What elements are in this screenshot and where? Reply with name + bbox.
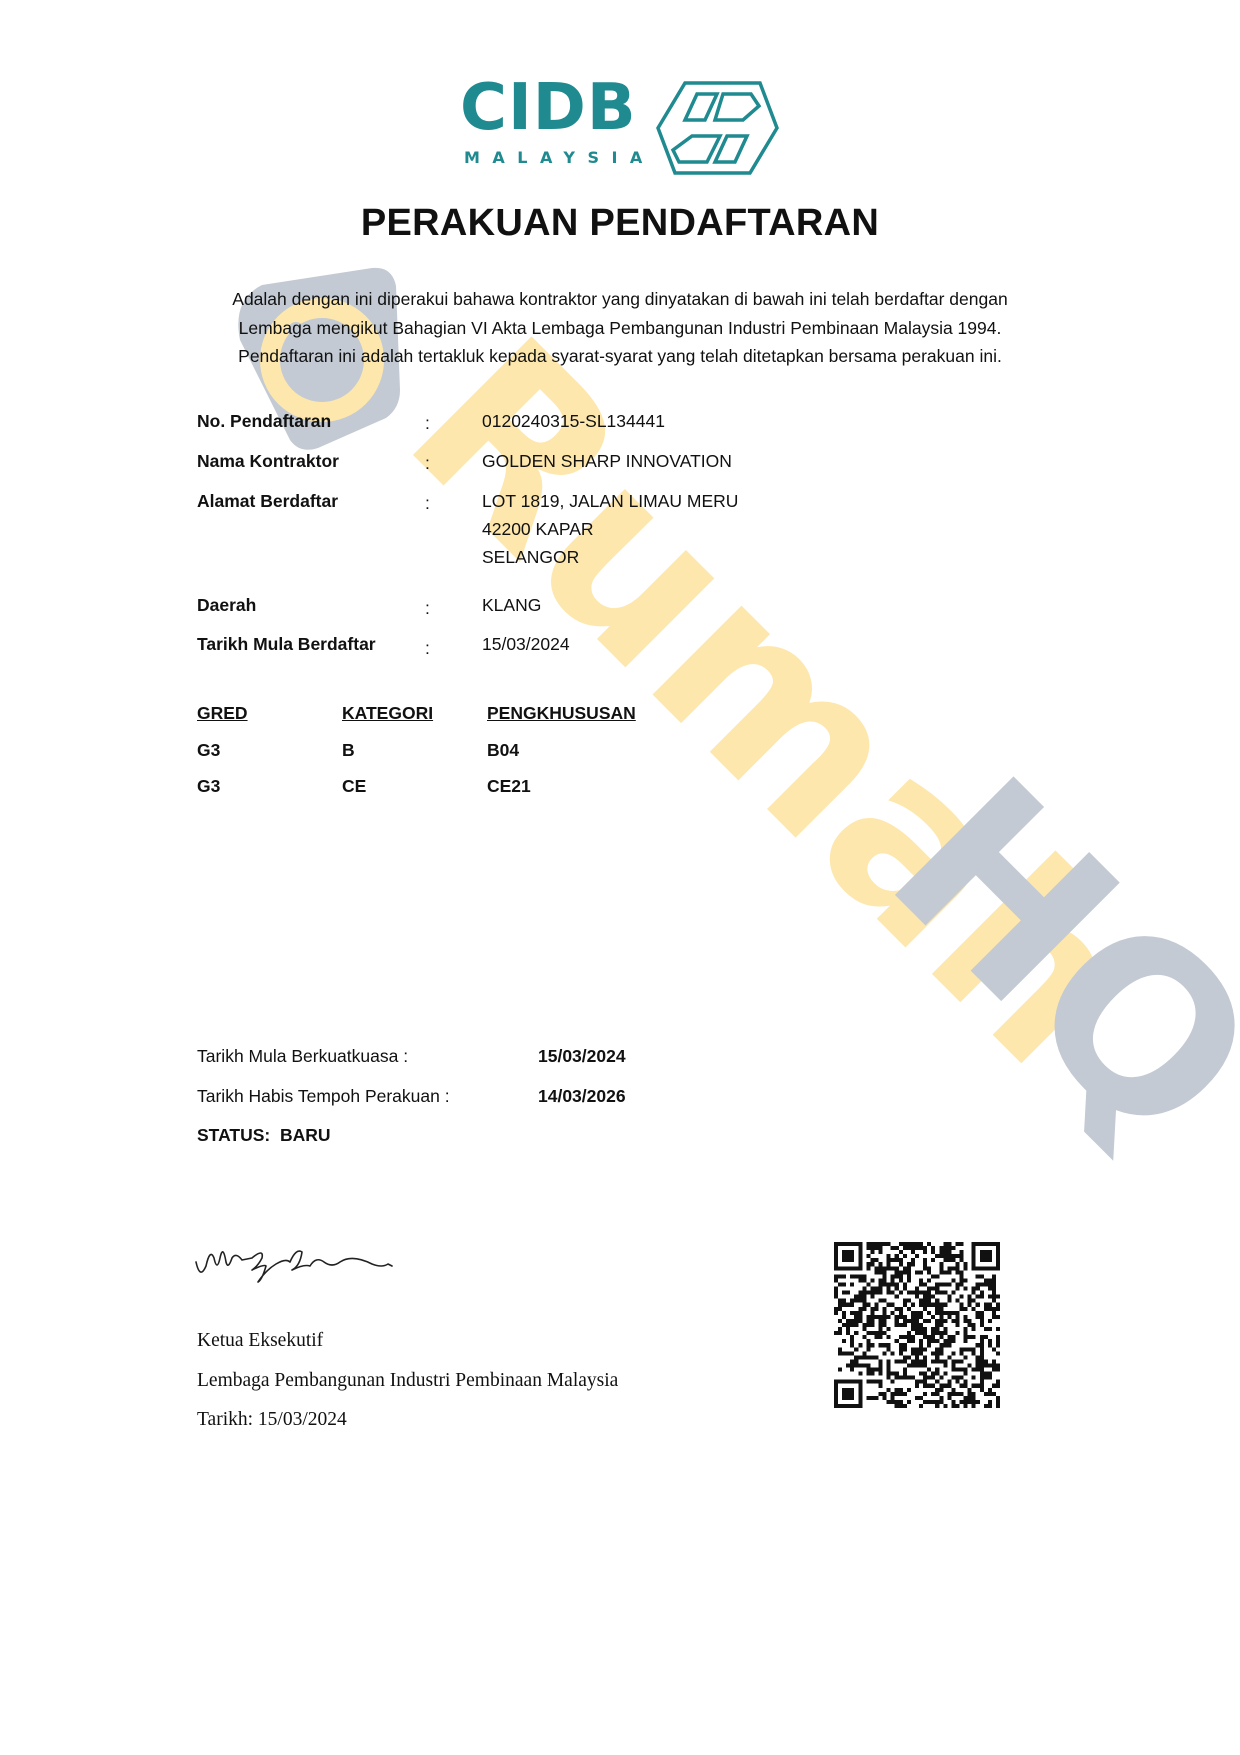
field-value: 15/03/2024: [482, 634, 570, 655]
field-label: Daerah: [197, 595, 256, 616]
signatory-organization: Lembaga Pembangunan Industri Pembinaan M…: [197, 1370, 618, 1392]
logo-wordmark: CIDB: [460, 72, 637, 144]
field-label: Alamat Berdaftar: [197, 491, 338, 512]
table-header-kategori: KATEGORI: [342, 703, 433, 724]
signature: [192, 1236, 402, 1284]
cidb-logo: CIDB MALAYSIA: [460, 78, 780, 178]
document-title: PERAKUAN PENDAFTARAN: [0, 202, 1240, 245]
field-value: 0120240315-SL134441: [482, 411, 665, 432]
table-cell-pengkhususan: B04: [487, 740, 519, 761]
address-line: 42200 KAPAR: [482, 519, 594, 540]
table-cell-gred: G3: [197, 776, 220, 797]
table-header-pengkhususan: PENGKHUSUSAN: [487, 703, 636, 724]
address-line: LOT 1819, JALAN LIMAU MERU: [482, 491, 738, 512]
field-label: Tarikh Mula Berdaftar: [197, 634, 376, 655]
field-value: KLANG: [482, 595, 541, 616]
table-cell-kategori: CE: [342, 776, 366, 797]
intro-line: Lembaga mengikut Bahagian VI Akta Lembag…: [150, 314, 1090, 343]
address-line: SELANGOR: [482, 547, 579, 568]
field-separator: :: [425, 598, 430, 619]
logo-subtitle: MALAYSIA: [464, 148, 655, 168]
intro-line: Pendaftaran ini adalah tertakluk kepada …: [150, 342, 1090, 371]
field-separator: :: [425, 638, 430, 659]
field-separator: :: [425, 453, 430, 474]
status-line: STATUS: BARU: [197, 1125, 331, 1146]
signature-date: Tarikh: 15/03/2024: [197, 1409, 347, 1431]
intro-line: Adalah dengan ini diperakui bahawa kontr…: [150, 285, 1090, 314]
effective-date-value: 15/03/2024: [538, 1046, 626, 1067]
status-label: STATUS:: [197, 1125, 270, 1145]
intro-paragraph: Adalah dengan ini diperakui bahawa kontr…: [150, 285, 1090, 371]
table-cell-gred: G3: [197, 740, 220, 761]
expiry-date-label: Tarikh Habis Tempoh Perakuan :: [197, 1086, 450, 1107]
signatory-position: Ketua Eksekutif: [197, 1330, 323, 1352]
table-header-gred: GRED: [197, 703, 248, 724]
field-label: No. Pendaftaran: [197, 411, 331, 432]
cidb-hexagon-icon: [655, 80, 780, 176]
field-label: Nama Kontraktor: [197, 451, 339, 472]
expiry-date-value: 14/03/2026: [538, 1086, 626, 1107]
effective-date-label: Tarikh Mula Berkuatkuasa :: [197, 1046, 408, 1067]
qr-code[interactable]: [834, 1242, 1000, 1408]
status-badge: BARU: [280, 1125, 331, 1145]
field-separator: :: [425, 493, 430, 514]
table-cell-kategori: B: [342, 740, 355, 761]
field-separator: :: [425, 413, 430, 434]
table-cell-pengkhususan: CE21: [487, 776, 531, 797]
field-value: GOLDEN SHARP INNOVATION: [482, 451, 732, 472]
